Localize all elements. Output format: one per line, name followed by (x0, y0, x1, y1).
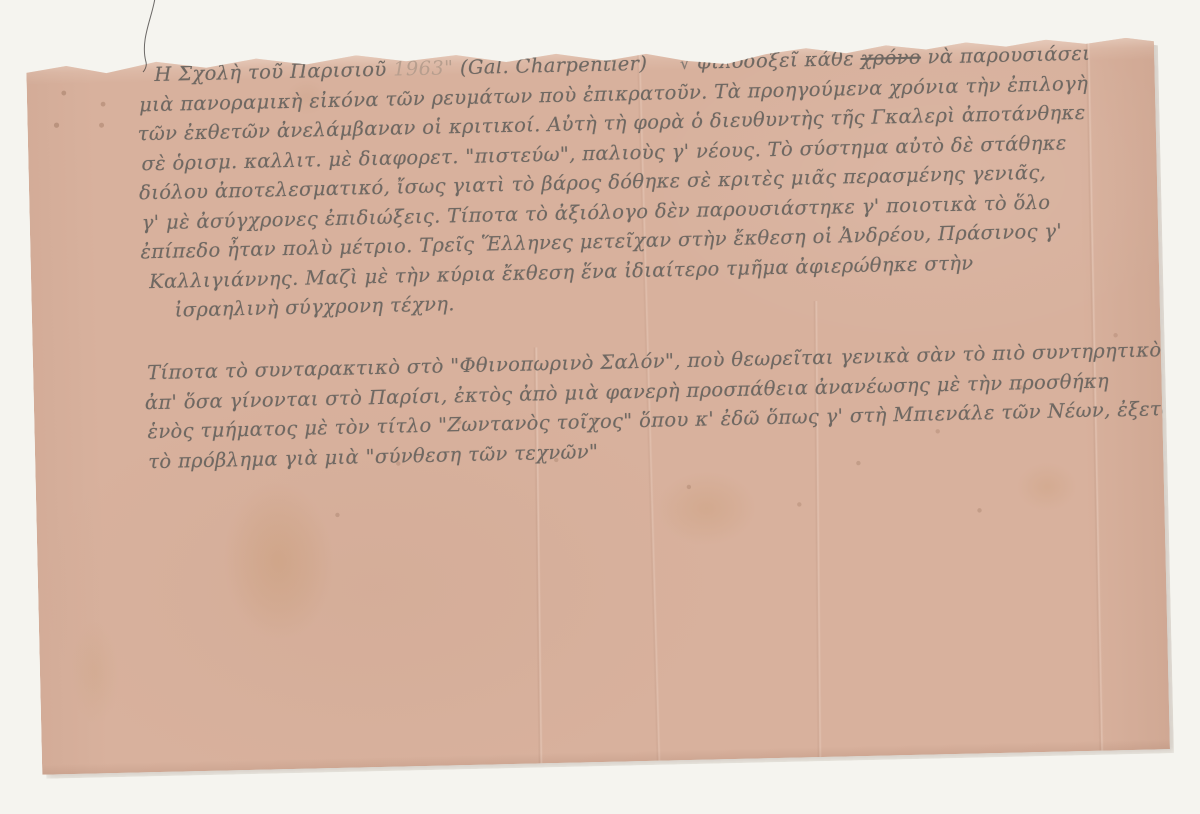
scanned-page: Η Σχολὴ τοῦ Παρισιοῦ 1963" (Gal. Charpen… (0, 0, 1200, 814)
faint-penciled-text: 1963" (393, 56, 454, 80)
stain (58, 597, 131, 749)
text-segment: νὰ παρουσιάσει (921, 42, 1091, 69)
paragraph-1: Η Σχολὴ τοῦ Παρισιοῦ 1963" (Gal. Charpen… (26, 37, 1160, 328)
stain (222, 480, 336, 642)
text-segment: ἰσραηλινὴ σύγχρονη τέχνη. (174, 292, 455, 321)
text-segment: (Gal. Charpentier) (453, 51, 680, 79)
paper-sheet: Η Σχολὴ τοῦ Παρισιοῦ 1963" (Gal. Charpen… (26, 33, 1170, 774)
check-mark: √ (680, 54, 691, 73)
stain (656, 470, 758, 546)
paper-dimples (26, 59, 28, 61)
text-segment: φιλοδοξεῖ κάθε (690, 47, 861, 74)
struck-out-word: χρόνο (860, 46, 921, 70)
handwritten-text: Η Σχολὴ τοῦ Παρισιοῦ 1963" (Gal. Charpen… (26, 33, 1156, 151)
text-segment: Η Σχολὴ τοῦ Παρισιοῦ (154, 58, 393, 86)
paragraph-2: Τίποτα τὸ συνταρακτικὸ στὸ "Φθινοπωρινὸ … (33, 335, 1163, 479)
stain (1003, 451, 1091, 523)
